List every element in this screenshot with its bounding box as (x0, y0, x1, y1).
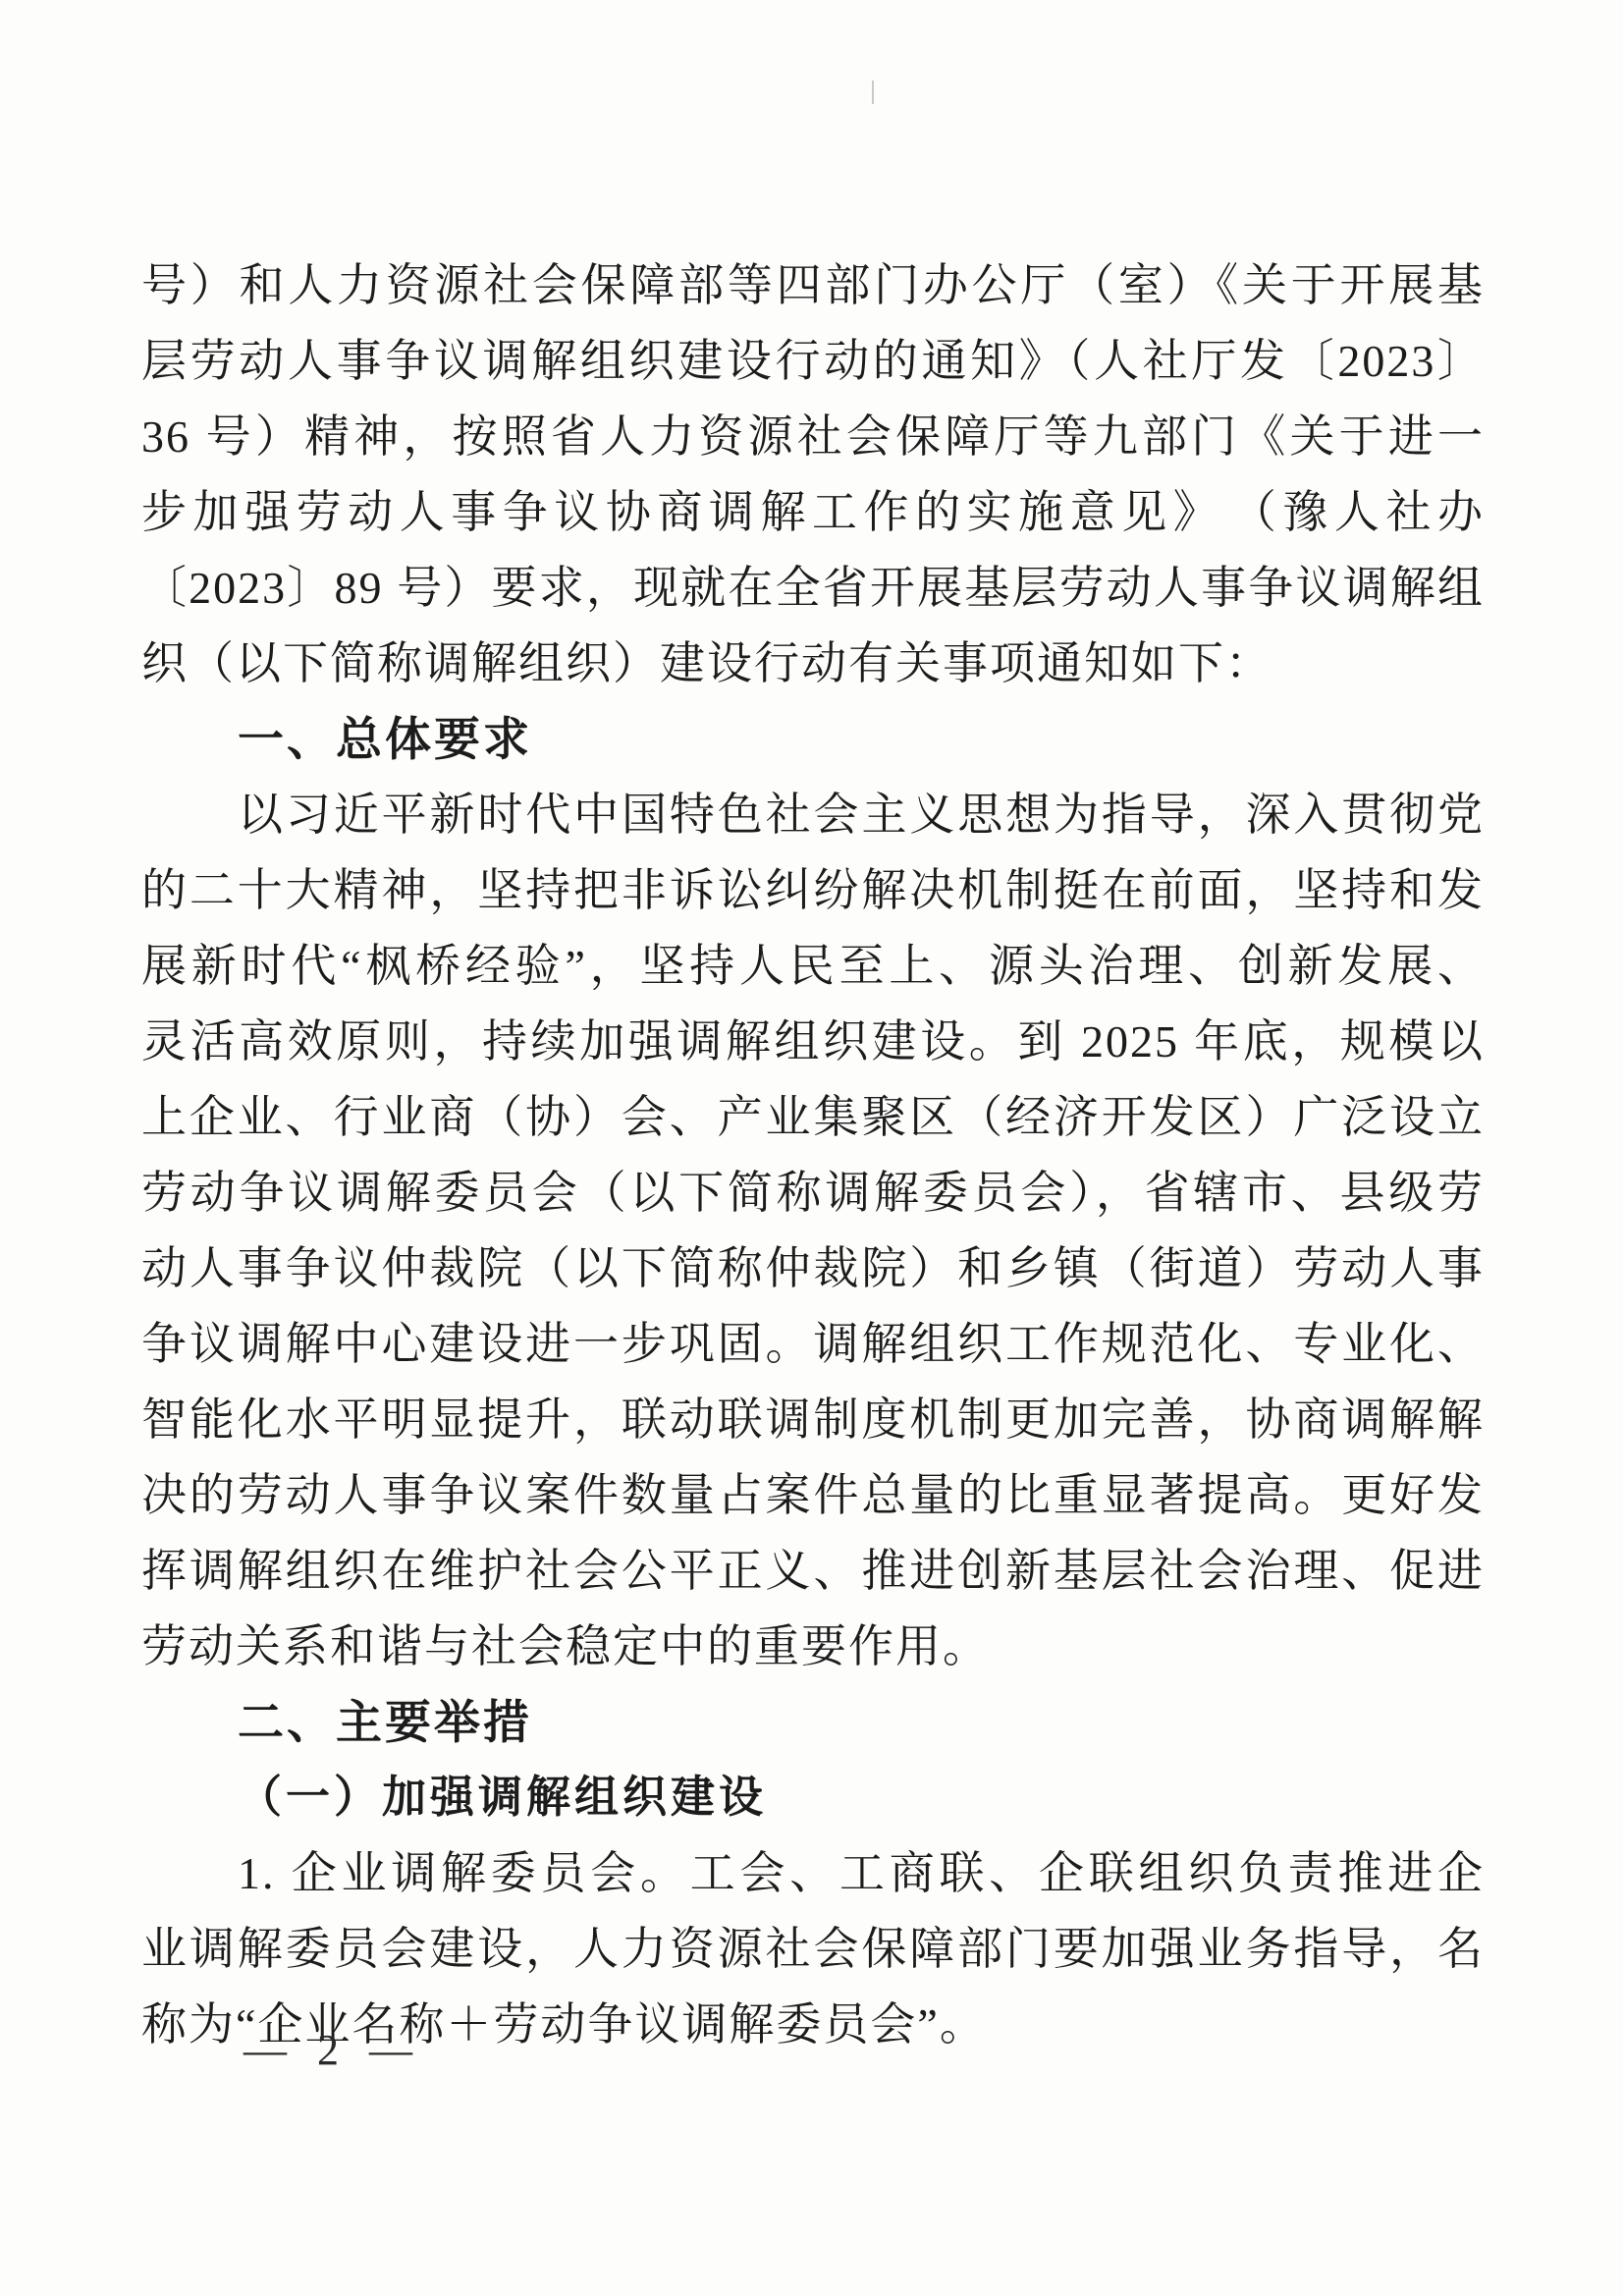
text-line: 决的劳动人事争议案件数量占案件总量的比重显著提高。更好发 (141, 1457, 1485, 1533)
text-line: 智能化水平明显提升，联动联调制度机制更加完善，协商调解解 (141, 1382, 1485, 1457)
text-line: 上企业、行业商（协）会、产业集聚区（经济开发区）广泛设立 (141, 1079, 1485, 1155)
text-line: 36 号）精神，按照省人力资源社会保障厅等九部门《关于进一 (141, 399, 1485, 474)
text-line: 展新时代“枫桥经验”，坚持人民至上、源头治理、创新发展、 (141, 928, 1485, 1004)
page-number: — 2 — (243, 2025, 422, 2075)
scan-artifact (872, 81, 874, 104)
section-heading: 二、主要举措 (141, 1684, 1485, 1760)
text-line: 〔2023〕89 号）要求，现就在全省开展基层劳动人事争议调解组 (141, 550, 1485, 626)
text-line: 挥调解组织在维护社会公平正义、推进创新基层社会治理、促进 (141, 1533, 1485, 1609)
text-line: 步加强劳动人事争议协商调解工作的实施意见》 （豫人社办 (141, 474, 1485, 550)
document-page: 号）和人力资源社会保障部等四部门办公厅（室）《关于开展基层劳动人事争议调解组织建… (0, 0, 1623, 2296)
text-line: 劳动关系和谐与社会稳定中的重要作用。 (141, 1609, 1485, 1684)
text-line: 以习近平新时代中国特色社会主义思想为指导，深入贯彻党 (141, 777, 1485, 852)
text-line: 的二十大精神，坚持把非诉讼纠纷解决机制挺在前面，坚持和发 (141, 852, 1485, 928)
text-line: 层劳动人事争议调解组织建设行动的通知》（人社厅发〔2023〕 (141, 323, 1485, 399)
text-line: 业调解委员会建设，人力资源社会保障部门要加强业务指导，名 (141, 1911, 1485, 1987)
text-line: 动人事争议仲裁院（以下简称仲裁院）和乡镇（街道）劳动人事 (141, 1230, 1485, 1306)
text-line: 织（以下简称调解组织）建设行动有关事项通知如下： (141, 626, 1485, 701)
text-line: 1. 企业调解委员会。工会、工商联、企联组织负责推进企 (141, 1835, 1485, 1911)
document-body: 号）和人力资源社会保障部等四部门办公厅（室）《关于开展基层劳动人事争议调解组织建… (141, 247, 1485, 2062)
text-line: 劳动争议调解委员会（以下简称调解委员会），省辖市、县级劳 (141, 1155, 1485, 1230)
text-line: 争议调解中心建设进一步巩固。调解组织工作规范化、专业化、 (141, 1306, 1485, 1382)
sub-heading: （一）加强调解组织建设 (141, 1760, 1485, 1835)
text-line: 号）和人力资源社会保障部等四部门办公厅（室）《关于开展基 (141, 247, 1485, 323)
section-heading: 一、总体要求 (141, 701, 1485, 777)
text-line: 灵活高效原则，持续加强调解组织建设。到 2025 年底，规模以 (141, 1004, 1485, 1079)
